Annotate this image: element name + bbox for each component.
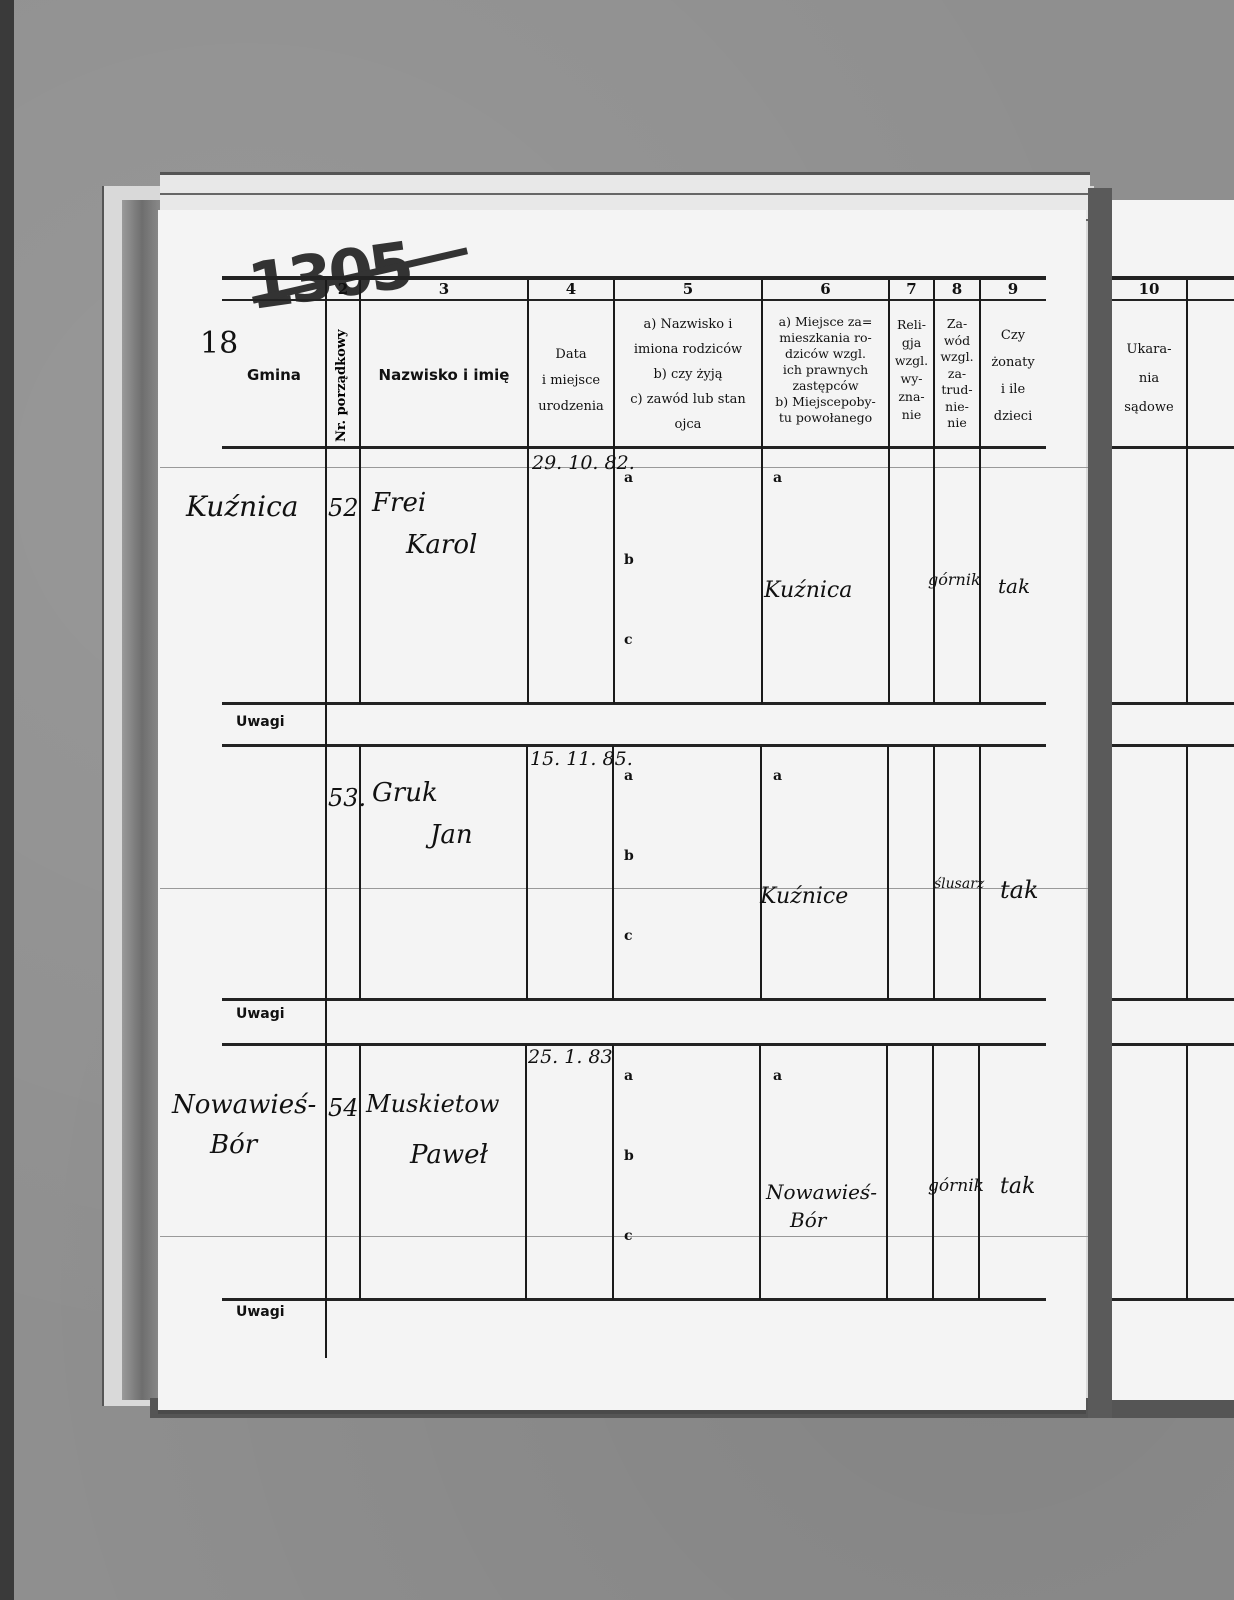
residence-cell-line2: Bór [790,1208,826,1232]
birth-date-cell: 29. 10. 82. [532,452,635,474]
col-divider [978,1045,980,1300]
header-line: sądowe [1112,393,1186,422]
header-line: wód [934,333,980,350]
column-number: 7 [889,280,934,298]
colnum-rule-right [1112,299,1234,301]
col-divider [325,280,327,704]
row2-bottom-rule-right [1112,998,1234,1001]
header-line: a) Nazwisko i [614,312,762,337]
header-line: tu powołanego [762,410,889,426]
gmina-cell: Kuźnica [186,490,298,523]
col-divider [933,746,935,1000]
header-line: za- [934,366,980,383]
remarks1-bottom-rule [222,744,1046,747]
header-line: nie- [934,399,980,416]
residence-cell: Kuźnica [764,578,852,603]
sub-label-a: a [624,470,633,486]
col-divider [760,746,762,1000]
col-divider [886,1045,888,1300]
col-divider [887,746,889,1000]
header-nazwisko-imie: Nazwisko i imię [360,367,528,383]
gmina-cell-line1: Nowawieś- [172,1090,316,1120]
nr-cell: 52 [328,494,359,522]
sub-label-a: a [773,470,782,486]
column-number: 8 [934,280,980,298]
gmina-cell-line2: Bór [210,1130,257,1160]
col-divider [979,746,981,1000]
header-line: wy- [889,370,934,388]
col-divider [1186,1045,1188,1300]
header-line: urodzenia [528,394,614,420]
nr-cell: 54 [328,1094,359,1122]
header-bottom-rule [222,446,1046,449]
sub-label-b: b [624,1148,634,1164]
col-divider [359,280,361,704]
header-line: nia [1112,364,1186,393]
header-line: b) Miejscepoby- [762,394,889,410]
column-number: 5 [614,280,762,298]
col-divider [1186,280,1188,704]
header-line: dziców wzgl. [762,346,889,362]
header-ukarania: Ukara- nia sądowe [1112,335,1186,422]
birth-date-cell: 25. 1. 83 [528,1046,613,1068]
page-marker: 18 [200,326,238,361]
header-line: mieszkania ro- [762,330,889,346]
header-zawod: Za- wód wzgl. za- trud- nie- nie [934,316,980,432]
given-name-cell: Jan [430,820,473,850]
row2-bottom-rule [222,998,1046,1001]
header-religia: Reli- gja wzgl. wy- zna- nie [889,316,934,424]
header-line: ojca [614,412,762,437]
residence-cell: Kuźnice [760,884,848,909]
header-line: Reli- [889,316,934,334]
header-line: ich prawnych [762,362,889,378]
header-gmina: Gmina [222,367,326,383]
header-line: b) czy żyją [614,362,762,387]
surname-cell: Gruk [372,778,438,808]
occupation-cell: górnik [928,1176,984,1196]
header-miejsce: a) Miejsce za= mieszkania ro- dziców wzg… [762,314,889,426]
sub-label-c: c [624,1228,633,1244]
header-line: żonaty [980,349,1046,376]
surname-cell: Muskietow [366,1090,499,1118]
header-line: trud- [934,382,980,399]
remarks-label: Uwagi [236,1006,285,1022]
col-divider [932,1045,934,1300]
header-line: gja [889,334,934,352]
sub-label-a: a [624,1068,633,1084]
row3-bottom-rule [222,1298,1046,1301]
book-spine-shadow [122,200,162,1400]
sub-label-a: a [773,1068,782,1084]
column-number: 2 [326,280,360,298]
remarks2-bottom-rule [222,1043,1046,1046]
surname-cell: Frei [372,488,426,518]
row1-bottom-rule-right [1112,702,1234,705]
col-divider [525,1045,527,1300]
header-line: c) zawód lub stan [614,387,762,412]
header-line: zastępców [762,378,889,394]
row3-bottom-rule-right [1112,1298,1234,1301]
col-divider [612,746,614,1000]
sub-label-b: b [624,848,634,864]
col-divider [325,746,327,1000]
header-line: zna- [889,388,934,406]
column-number: 4 [528,280,614,298]
header-line: imiona rodziców [614,337,762,362]
column-number: 3 [360,280,528,298]
remarks-divider [325,1000,327,1045]
given-name-cell: Karol [406,530,477,560]
married-cell: tak [1000,1174,1035,1199]
remarks2-bottom-rule-right [1112,1043,1234,1046]
scan-left-edge [0,0,14,1600]
col-divider [612,1045,614,1300]
col-divider [526,746,528,1000]
remarks1-bottom-rule-right [1112,744,1234,747]
header-line: Data [528,342,614,368]
sub-label-c: c [624,928,633,944]
header-line: Ukara- [1112,335,1186,364]
column-number: 6 [762,280,889,298]
birth-date-cell: 15. 11. 85. [530,748,633,770]
header-line: Za- [934,316,980,333]
header-data-miejsce: Data i miejsce urodzenia [528,342,614,420]
remarks-divider [325,1300,327,1358]
sub-label-b: b [624,552,634,568]
header-line: nie [934,415,980,432]
sub-label-a: a [624,768,633,784]
header-zonaty: Czy żonaty i ile dzieci [980,322,1046,430]
row1-bottom-rule [222,702,1046,705]
header-line: wzgl. [934,349,980,366]
col-divider [759,1045,761,1300]
header-nr-porzadkowy: Nr. porządkowy [334,329,349,442]
header-line: dzieci [980,403,1046,430]
header-rodzice: a) Nazwisko i imiona rodziców b) czy żyj… [614,312,762,437]
header-line: i ile [980,376,1046,403]
remarks-label: Uwagi [236,714,285,730]
colnum-rule [222,299,1046,301]
married-cell: tak [1000,876,1039,904]
occupation-cell: ślusarz [934,876,984,892]
residence-cell-line1: Nowawieś- [766,1180,877,1204]
married-cell: tak [998,574,1030,598]
header-line: i miejsce [528,368,614,394]
header-line: Czy [980,322,1046,349]
header-line: nie [889,406,934,424]
header-line: wzgl. [889,352,934,370]
header-line: a) Miejsce za= [762,314,889,330]
column-number: 9 [980,280,1046,298]
nr-cell: 53. [328,784,366,812]
occupation-cell: górnik [928,570,981,589]
sub-label-a: a [773,768,782,784]
col-divider [325,1045,327,1300]
remarks-divider [325,704,327,746]
sub-label-c: c [624,632,633,648]
given-name-cell: Paweł [410,1140,488,1170]
remarks-label: Uwagi [236,1304,285,1320]
book-gutter [1088,188,1112,1418]
header-bottom-rule-right [1112,446,1234,449]
col-divider [1186,746,1188,1000]
col-divider [359,1045,361,1300]
column-number: 10 [1112,280,1186,298]
